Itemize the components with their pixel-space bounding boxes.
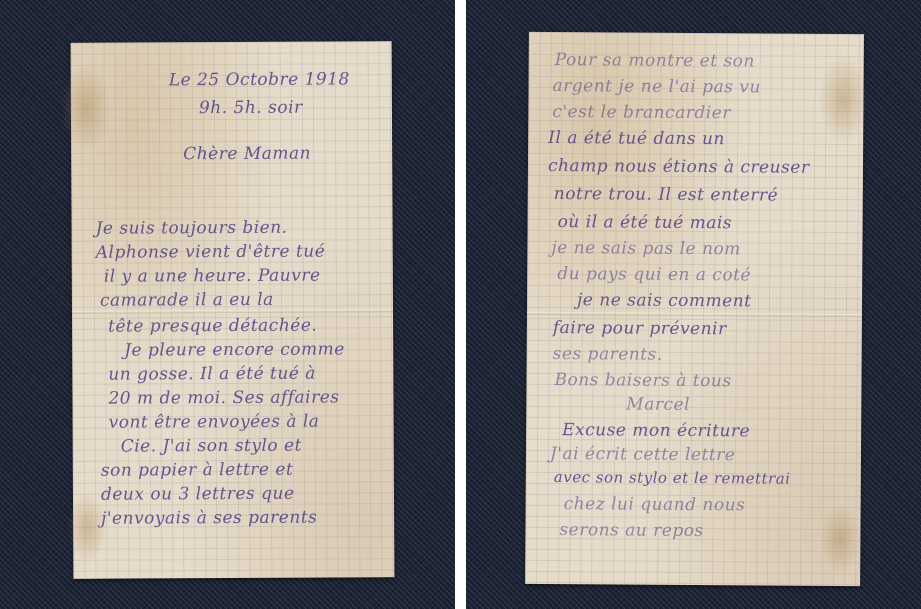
letter-line: Pour sa montre et son xyxy=(555,50,755,71)
letter-line: je ne sais pas le nom xyxy=(551,238,741,259)
letter-page-back: Pour sa montre et son argent je ne l'ai … xyxy=(525,32,864,586)
letter-line: Bons baisers à tous xyxy=(554,370,731,391)
letter-line: Excuse mon écriture xyxy=(562,420,750,441)
water-stain xyxy=(61,63,111,153)
letter-line: Cie. J'ai son stylo et xyxy=(121,436,302,457)
letter-line: son papier à lettre et xyxy=(101,460,294,481)
letter-line: Il a été tué dans un xyxy=(548,128,725,149)
letter-line: j'envoyais à ses parents xyxy=(101,508,317,529)
letter-line: serons au repos xyxy=(559,520,703,541)
letter-line: vont être envoyées à la xyxy=(109,412,320,433)
letter-line: J'ai écrit cette lettre xyxy=(550,444,736,465)
water-stain xyxy=(818,54,869,144)
letter-line: 20 m de moi. Ses affaires xyxy=(108,387,339,408)
letter-signature: Marcel xyxy=(626,395,690,415)
letter-line: deux ou 3 lettres que xyxy=(101,484,295,505)
letter-salutation: Chère Maman xyxy=(183,144,311,165)
letter-line: Je suis toujours bien. xyxy=(96,218,288,239)
letter-time: 9h. 5h. soir xyxy=(199,98,303,119)
letter-line: un gosse. Il a été tué à xyxy=(108,364,316,385)
photo-left-page: Le 25 Octobre 1918 9h. 5h. soir Chère Ma… xyxy=(0,0,455,609)
letter-line: Alphonse vient d'être tué xyxy=(96,242,326,263)
letter-line: Je pleure encore comme xyxy=(124,339,345,360)
letter-line: avec son stylo et le remettrai xyxy=(554,468,791,488)
letter-line: argent je ne l'ai pas vu xyxy=(552,76,760,97)
letter-line: champ nous étions à creuser xyxy=(548,156,810,178)
letter-line: je ne sais comment xyxy=(577,290,752,311)
letter-date: Le 25 Octobre 1918 xyxy=(169,69,350,90)
letter-line: faire pour prévenir xyxy=(553,318,727,339)
letter-line: où il a été tué mais xyxy=(558,212,733,233)
letter-page-front: Le 25 Octobre 1918 9h. 5h. soir Chère Ma… xyxy=(71,41,395,579)
letter-line: notre trou. Il est enterré xyxy=(554,184,778,206)
letter-line: camarade il a eu la xyxy=(100,290,274,311)
fold-crease xyxy=(527,312,862,317)
letter-line: du pays qui en a coté xyxy=(557,264,751,285)
letter-line: ses parents. xyxy=(553,344,663,365)
letter-line: il y a une heure. Pauvre xyxy=(104,266,321,287)
letter-line: tête presque détachée. xyxy=(108,316,317,337)
photo-right-page: Pour sa montre et son argent je ne l'ai … xyxy=(466,0,921,609)
letter-line: c'est le brancardier xyxy=(552,102,731,123)
letter-line: chez lui quand nous xyxy=(564,494,746,515)
water-stain xyxy=(820,504,860,574)
